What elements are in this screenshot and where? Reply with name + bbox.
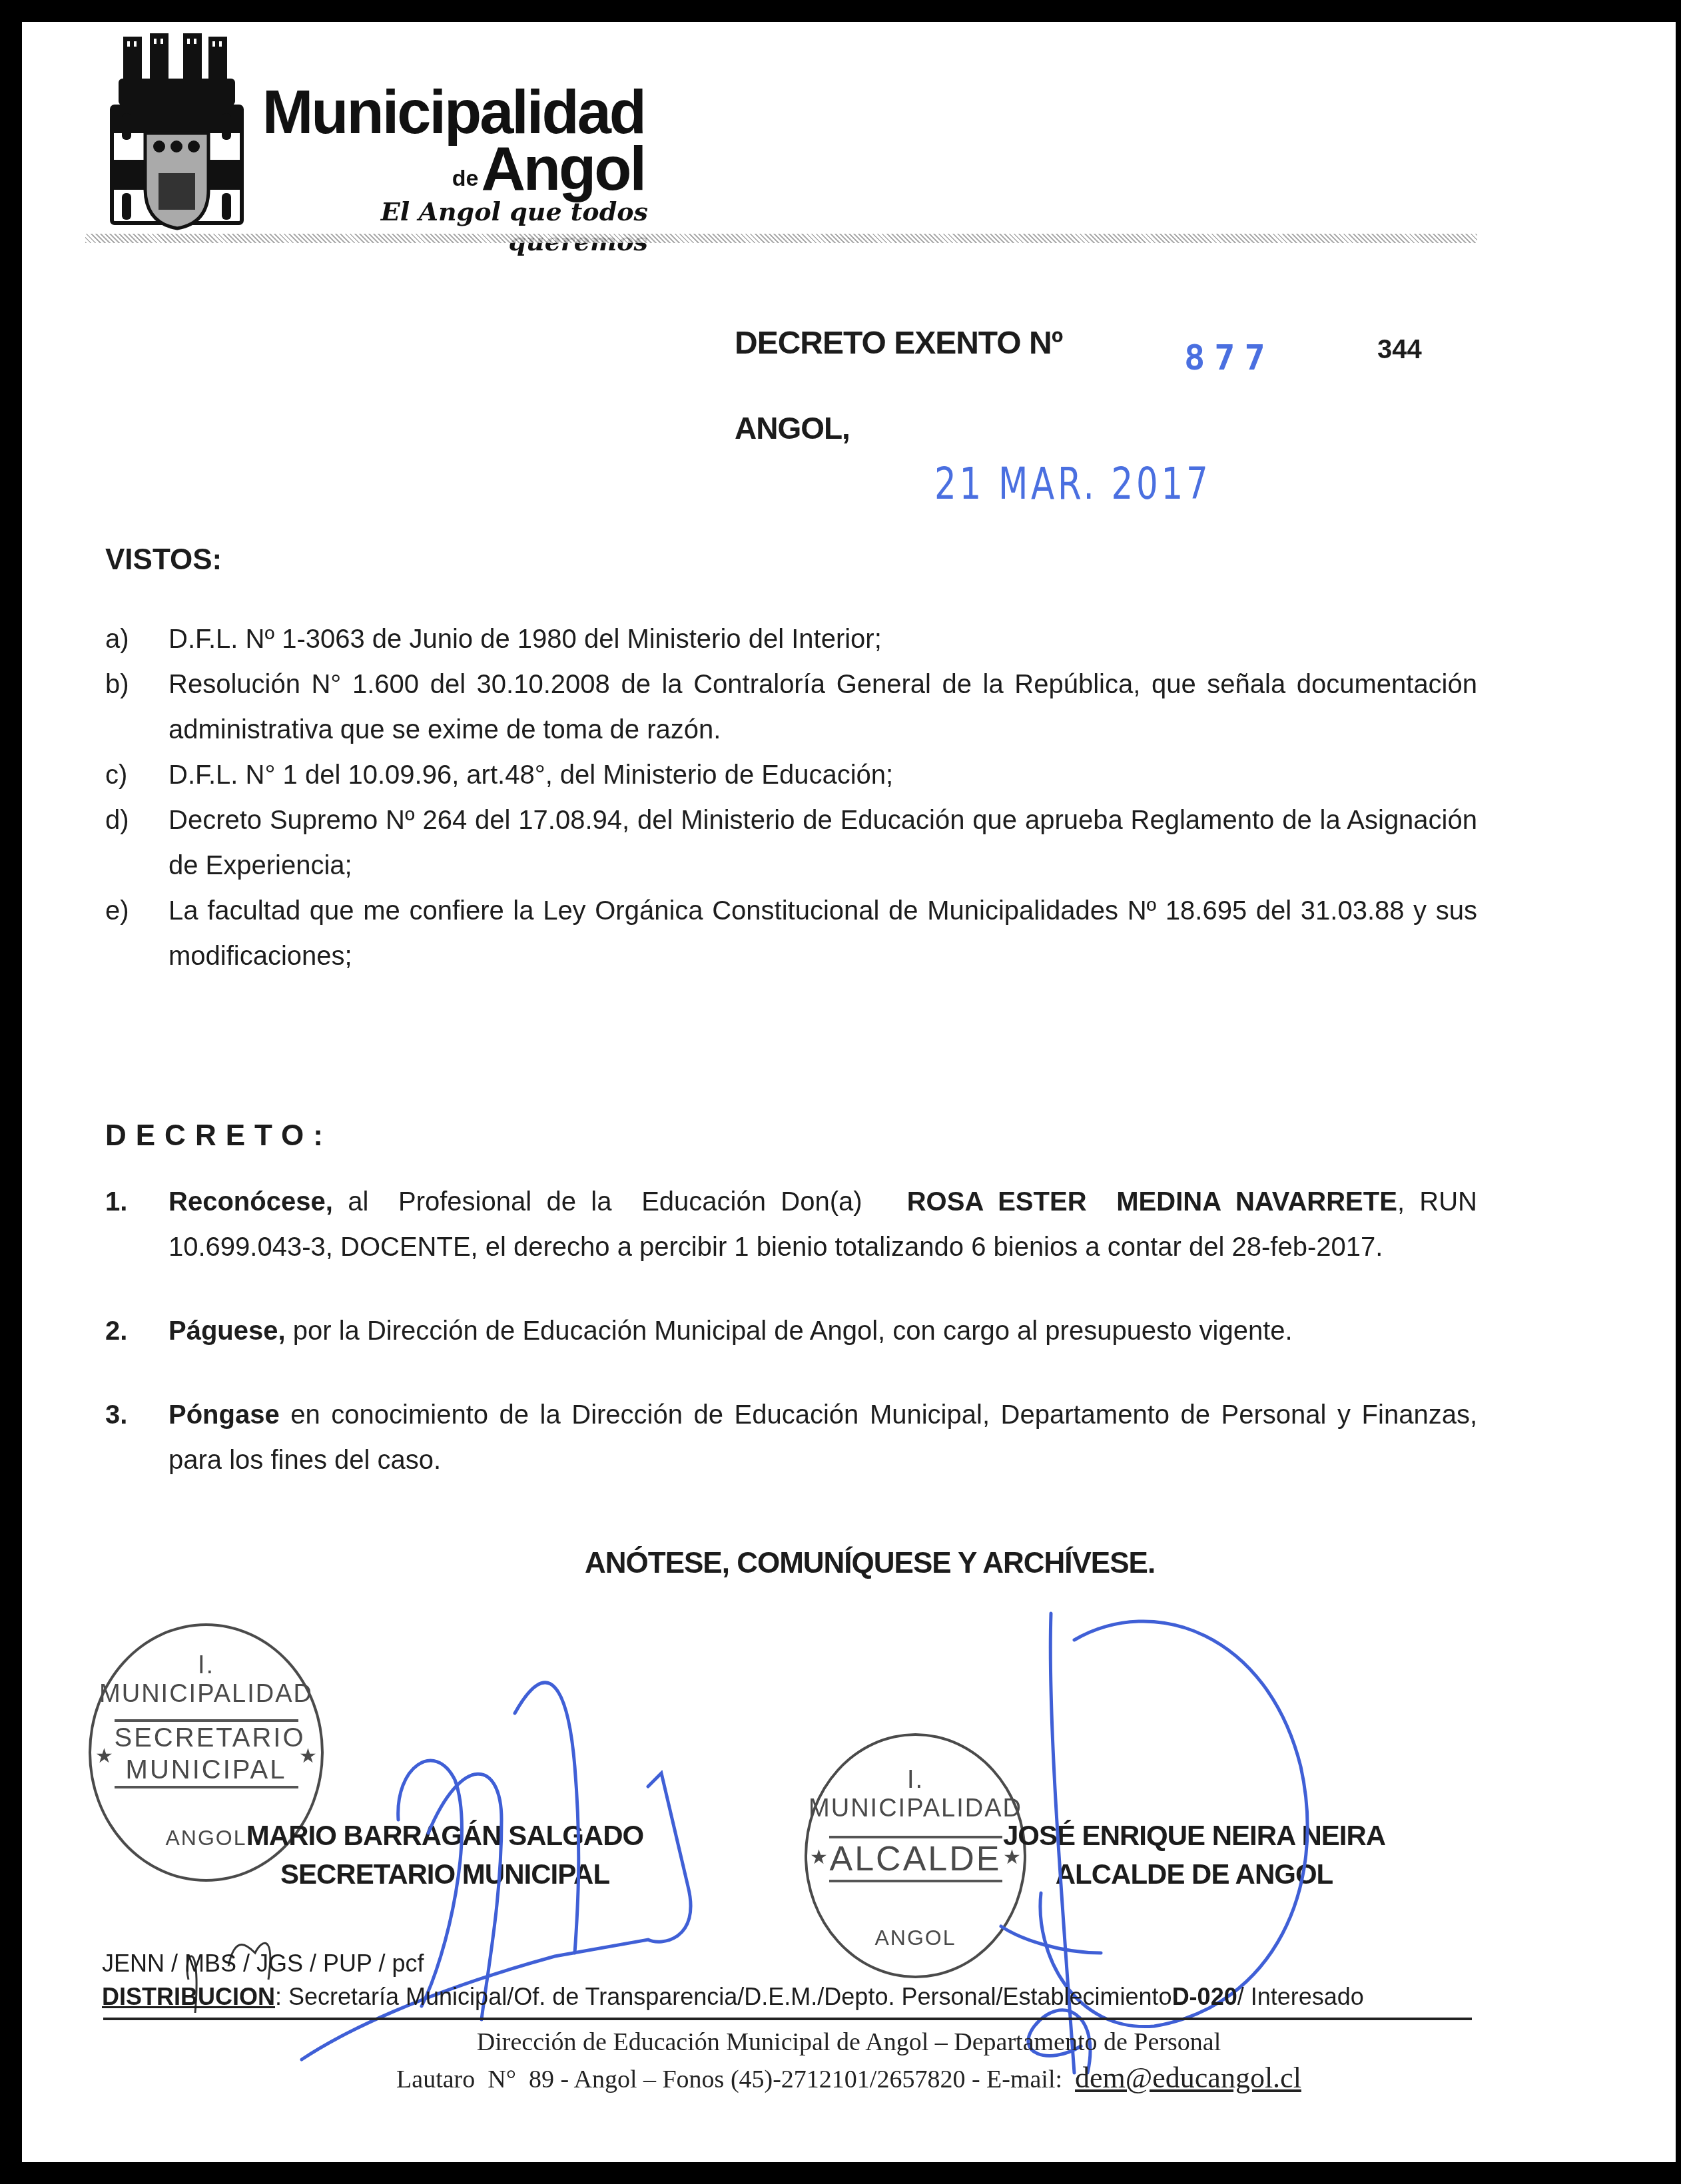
document-page: Municipalidad deAngol El Angol que todos… bbox=[22, 22, 1676, 2162]
beneficiary-name: ROSA ESTER MEDINA NAVARRETE bbox=[907, 1187, 1397, 1217]
item-verb: Reconócese, bbox=[168, 1187, 333, 1217]
org-city-name: Angol bbox=[481, 135, 645, 203]
item-marker: a) bbox=[105, 617, 168, 662]
city-label: ANGOL, bbox=[735, 410, 850, 446]
item-verb: Páguese, bbox=[168, 1316, 286, 1346]
footer-contact: Lautaro N° 89 - Angol – Fonos (45)-27121… bbox=[22, 2061, 1676, 2095]
decreto-item: 2. Páguese, por la Dirección de Educació… bbox=[105, 1308, 1477, 1354]
item-text-part: al Profesional de la Educación Don(a) bbox=[333, 1187, 907, 1217]
seal-top-text: I. MUNICIPALIDAD bbox=[91, 1651, 321, 1709]
seal-role-line: MUNICIPAL bbox=[115, 1754, 298, 1786]
star-icon: ★ bbox=[299, 1745, 317, 1768]
footer-department: Dirección de Educación Municipal de Ango… bbox=[22, 2028, 1676, 2057]
decreto-heading: DECRETO: bbox=[105, 1119, 332, 1153]
decreto-list: 1. Reconócese, al Profesional de la Educ… bbox=[105, 1179, 1477, 1521]
item-text: D.F.L. Nº 1-3063 de Junio de 1980 del Mi… bbox=[168, 617, 1477, 662]
seal-bottom-text: ANGOL bbox=[807, 1926, 1024, 1950]
org-de: de bbox=[452, 166, 479, 191]
item-text: La facultad que me confiere la Ley Orgán… bbox=[168, 888, 1477, 979]
date-stamp: 21 MAR. 2017 bbox=[934, 458, 1211, 509]
header-divider bbox=[85, 234, 1477, 243]
signatory-mayor: JOSÉ ENRIQUE NEIRA NEIRA ALCALDE DE ANGO… bbox=[968, 1816, 1421, 1894]
vistos-item: d)Decreto Supremo Nº 264 del 17.08.94, d… bbox=[105, 798, 1477, 888]
item-marker: c) bbox=[105, 752, 168, 798]
vistos-item: e)La facultad que me confiere la Ley Org… bbox=[105, 888, 1477, 979]
item-text: Páguese, por la Dirección de Educación M… bbox=[168, 1308, 1477, 1354]
seal-top-text: I. MUNICIPALIDAD bbox=[807, 1766, 1024, 1823]
distribution-label: DISTRIBUCION bbox=[102, 1983, 275, 2010]
org-tagline: El Angol que todos queremos bbox=[275, 196, 648, 256]
decree-extra-number: 344 bbox=[1377, 335, 1422, 365]
signatory-title: SECRETARIO MUNICIPAL bbox=[212, 1855, 678, 1894]
item-text: Resolución N° 1.600 del 30.10.2008 de la… bbox=[168, 662, 1477, 752]
signatory-name: MARIO BARRAGÁN SALGADO bbox=[212, 1816, 678, 1855]
signatory-secretary: MARIO BARRAGÁN SALGADO SECRETARIO MUNICI… bbox=[212, 1816, 678, 1894]
star-icon: ★ bbox=[95, 1745, 113, 1768]
star-icon: ★ bbox=[810, 1846, 828, 1869]
vistos-list: a)D.F.L. Nº 1-3063 de Junio de 1980 del … bbox=[105, 617, 1477, 979]
vistos-heading: VISTOS: bbox=[105, 543, 222, 577]
vistos-item: b)Resolución N° 1.600 del 30.10.2008 de … bbox=[105, 662, 1477, 752]
item-text-part: en conocimiento de la Dirección de Educa… bbox=[168, 1400, 1477, 1475]
seal-role-line: SECRETARIO bbox=[115, 1722, 298, 1754]
item-marker: 3. bbox=[105, 1392, 168, 1483]
distribution-text: : Secretaría Municipal/Of. de Transparen… bbox=[275, 1983, 1172, 2010]
item-marker: d) bbox=[105, 798, 168, 888]
decree-number-stamp: 877 bbox=[1184, 338, 1275, 378]
item-marker: b) bbox=[105, 662, 168, 752]
item-text: D.F.L. N° 1 del 10.09.96, art.48°, del M… bbox=[168, 752, 1477, 798]
distribution-line: DISTRIBUCION: Secretaría Municipal/Of. d… bbox=[102, 1983, 1364, 2011]
item-text: Reconócese, al Profesional de la Educaci… bbox=[168, 1179, 1477, 1270]
signatory-name: JOSÉ ENRIQUE NEIRA NEIRA bbox=[968, 1816, 1421, 1855]
distribution-tail: / Interesado bbox=[1237, 1983, 1364, 2010]
item-marker: 2. bbox=[105, 1308, 168, 1354]
closing-formula: ANÓTESE, COMUNÍQUESE Y ARCHÍVESE. bbox=[585, 1547, 1155, 1580]
initials-line: JENN / MBS / JGS / PUP / pcf bbox=[102, 1950, 424, 1978]
vistos-item: a)D.F.L. Nº 1-3063 de Junio de 1980 del … bbox=[105, 617, 1477, 662]
decreto-item: 3. Póngase en conocimiento de la Direcci… bbox=[105, 1392, 1477, 1483]
decree-label: DECRETO EXENTO Nº bbox=[735, 325, 1062, 362]
footer-divider bbox=[103, 2018, 1472, 2020]
seal-role: SECRETARIO MUNICIPAL bbox=[115, 1719, 298, 1788]
signatory-title: ALCALDE DE ANGOL bbox=[968, 1855, 1421, 1894]
footer-email-link[interactable]: dem@educangol.cl bbox=[1075, 2061, 1301, 2094]
item-text: Póngase en conocimiento de la Dirección … bbox=[168, 1392, 1477, 1483]
vistos-item: c)D.F.L. N° 1 del 10.09.96, art.48°, del… bbox=[105, 752, 1477, 798]
item-text-part: por la Dirección de Educación Municipal … bbox=[286, 1316, 1293, 1346]
org-city: deAngol bbox=[178, 138, 645, 200]
org-name: Municipalidad bbox=[178, 82, 645, 143]
distribution-establishment: D-020 bbox=[1172, 1983, 1237, 2010]
decreto-item: 1. Reconócese, al Profesional de la Educ… bbox=[105, 1179, 1477, 1270]
item-marker: 1. bbox=[105, 1179, 168, 1270]
item-verb: Póngase bbox=[168, 1400, 280, 1430]
item-text: Decreto Supremo Nº 264 del 17.08.94, del… bbox=[168, 798, 1477, 888]
item-marker: e) bbox=[105, 888, 168, 979]
footer-address: Lautaro N° 89 - Angol – Fonos (45)-27121… bbox=[396, 2065, 1075, 2093]
